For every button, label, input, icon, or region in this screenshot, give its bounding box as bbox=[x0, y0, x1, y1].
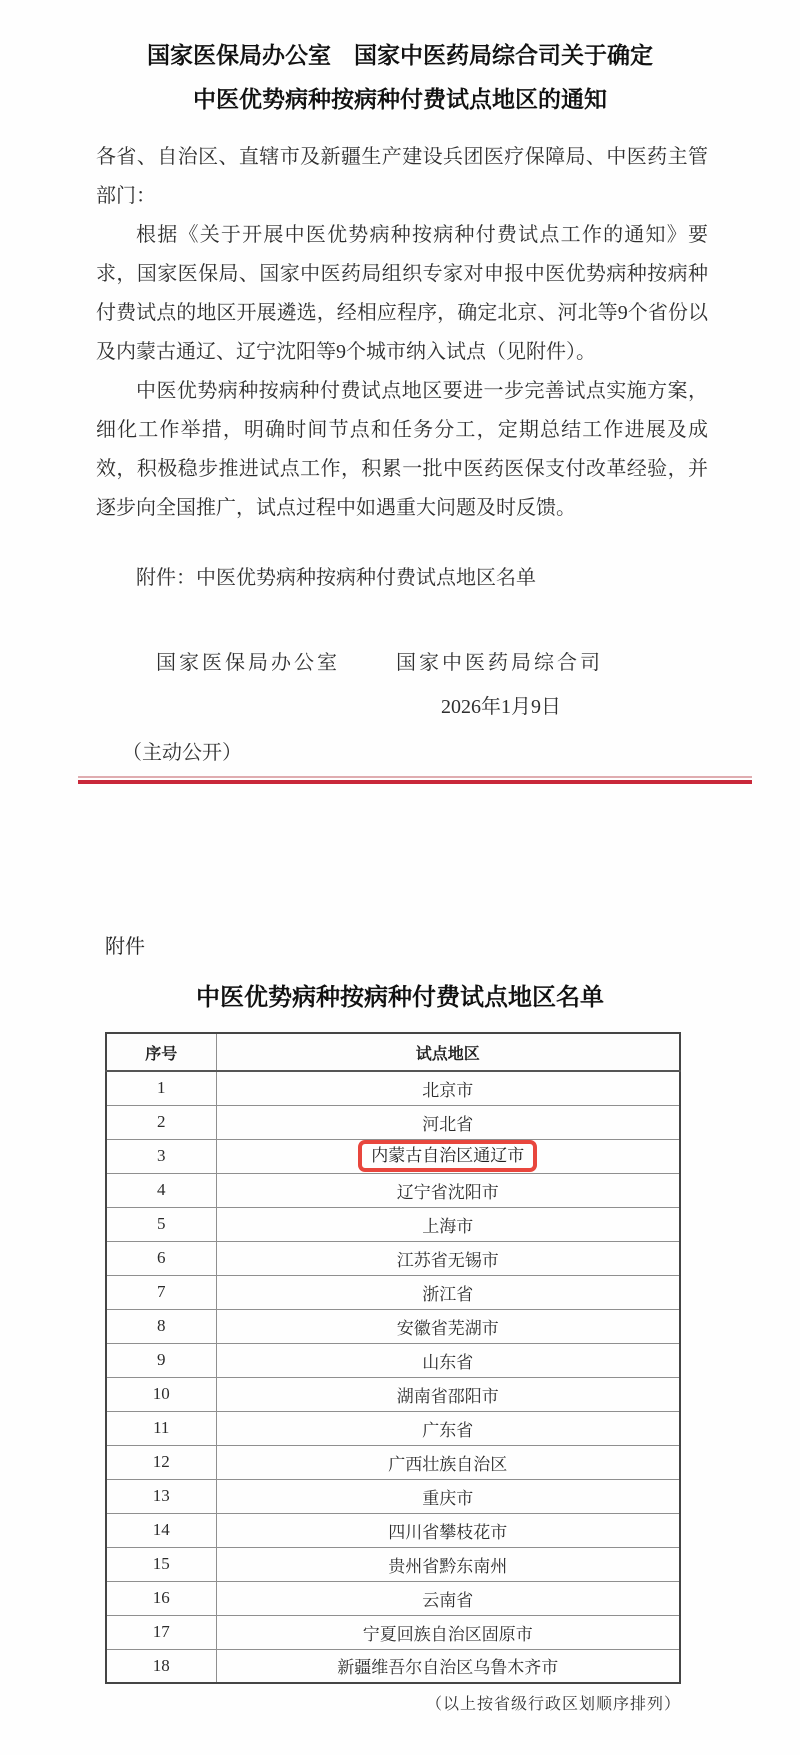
table-row: 6江苏省无锡市 bbox=[106, 1241, 680, 1275]
body-paragraph: 中医优势病种按病种付费试点地区要进一步完善试点实施方案，细化工作举措，明确时间节… bbox=[96, 372, 708, 528]
region-cell: 内蒙古自治区通辽市 bbox=[216, 1139, 680, 1173]
row-number-cell: 4 bbox=[106, 1173, 216, 1207]
region-cell: 辽宁省沈阳市 bbox=[216, 1173, 680, 1207]
region-cell: 广西壮族自治区 bbox=[216, 1445, 680, 1479]
row-number-cell: 2 bbox=[106, 1105, 216, 1139]
region-cell: 江苏省无锡市 bbox=[216, 1241, 680, 1275]
attachment-reference-line: 附件：中医优势病种按病种付费试点地区名单 bbox=[96, 559, 708, 598]
table-row: 7浙江省 bbox=[106, 1275, 680, 1309]
table-row: 2河北省 bbox=[106, 1105, 680, 1139]
signature-right: 国家中医药局综合司 bbox=[396, 646, 603, 675]
row-number-cell: 10 bbox=[106, 1377, 216, 1411]
red-separator-rule bbox=[78, 776, 752, 784]
row-number-cell: 17 bbox=[106, 1615, 216, 1649]
region-cell: 北京市 bbox=[216, 1071, 680, 1105]
region-cell: 贵州省黔东南州 bbox=[216, 1547, 680, 1581]
region-cell: 重庆市 bbox=[216, 1479, 680, 1513]
region-cell: 湖南省邵阳市 bbox=[216, 1377, 680, 1411]
row-number-cell: 18 bbox=[106, 1649, 216, 1683]
row-number-cell: 3 bbox=[106, 1139, 216, 1173]
table-row: 4辽宁省沈阳市 bbox=[106, 1173, 680, 1207]
table-row: 17宁夏回族自治区固原市 bbox=[106, 1615, 680, 1649]
row-number-cell: 8 bbox=[106, 1309, 216, 1343]
region-cell: 河北省 bbox=[216, 1105, 680, 1139]
table-row: 14四川省攀枝花市 bbox=[106, 1513, 680, 1547]
table-row: 15贵州省黔东南州 bbox=[106, 1547, 680, 1581]
row-number-cell: 12 bbox=[106, 1445, 216, 1479]
row-number-cell: 1 bbox=[106, 1071, 216, 1105]
region-cell: 宁夏回族自治区固原市 bbox=[216, 1615, 680, 1649]
red-highlight-box: 内蒙古自治区通辽市 bbox=[358, 1140, 537, 1172]
region-cell: 山东省 bbox=[216, 1343, 680, 1377]
row-number-cell: 14 bbox=[106, 1513, 216, 1547]
notice-document: 国家医保局办公室 国家中医药局综合司关于确定 中医优势病种按病种付费试点地区的通… bbox=[0, 0, 800, 1755]
document-title: 国家医保局办公室 国家中医药局综合司关于确定 中医优势病种按病种付费试点地区的通… bbox=[0, 34, 800, 122]
table-row: 9山东省 bbox=[106, 1343, 680, 1377]
table-row: 5上海市 bbox=[106, 1207, 680, 1241]
column-header-region: 试点地区 bbox=[216, 1033, 680, 1071]
table-row: 11广东省 bbox=[106, 1411, 680, 1445]
table-row: 3内蒙古自治区通辽市 bbox=[106, 1139, 680, 1173]
row-number-cell: 7 bbox=[106, 1275, 216, 1309]
region-cell: 云南省 bbox=[216, 1581, 680, 1615]
date-row: 2026年1月9日 bbox=[96, 690, 708, 730]
document-title-line1: 国家医保局办公室 国家中医药局综合司关于确定 bbox=[0, 34, 800, 78]
row-number-cell: 16 bbox=[106, 1581, 216, 1615]
pilot-regions-table: 序号 试点地区 1北京市2河北省3内蒙古自治区通辽市4辽宁省沈阳市5上海市6江苏… bbox=[105, 1032, 681, 1684]
attachment-table-title: 中医优势病种按病种付费试点地区名单 bbox=[0, 980, 800, 1016]
column-header-number: 序号 bbox=[106, 1033, 216, 1071]
signature-row: 国家医保局办公室 国家中医药局综合司 bbox=[96, 646, 708, 686]
region-cell: 安徽省芜湖市 bbox=[216, 1309, 680, 1343]
pilot-table-body: 1北京市2河北省3内蒙古自治区通辽市4辽宁省沈阳市5上海市6江苏省无锡市7浙江省… bbox=[106, 1071, 680, 1683]
table-footnote: （以上按省级行政区划顺序排列） bbox=[105, 1691, 681, 1714]
table-row: 10湖南省邵阳市 bbox=[106, 1377, 680, 1411]
region-cell: 新疆维吾尔自治区乌鲁木齐市 bbox=[216, 1649, 680, 1683]
document-body: 各省、自治区、直辖市及新疆生产建设兵团医疗保障局、中医药主管部门： 根据《关于开… bbox=[0, 138, 800, 773]
region-cell: 上海市 bbox=[216, 1207, 680, 1241]
row-number-cell: 5 bbox=[106, 1207, 216, 1241]
table-row: 18新疆维吾尔自治区乌鲁木齐市 bbox=[106, 1649, 680, 1683]
table-header-row: 序号 试点地区 bbox=[106, 1033, 680, 1071]
table-row: 1北京市 bbox=[106, 1071, 680, 1105]
row-number-cell: 13 bbox=[106, 1479, 216, 1513]
region-cell: 浙江省 bbox=[216, 1275, 680, 1309]
region-cell: 四川省攀枝花市 bbox=[216, 1513, 680, 1547]
attachment-section: 附件 中医优势病种按病种付费试点地区名单 序号 试点地区 1北京市2河北省3内蒙… bbox=[0, 930, 800, 1714]
row-number-cell: 6 bbox=[106, 1241, 216, 1275]
table-row: 12广西壮族自治区 bbox=[106, 1445, 680, 1479]
attachment-label: 附件 bbox=[105, 930, 800, 964]
table-row: 16云南省 bbox=[106, 1581, 680, 1615]
document-title-line2: 中医优势病种按病种付费试点地区的通知 bbox=[0, 78, 800, 122]
region-cell: 广东省 bbox=[216, 1411, 680, 1445]
disclosure-note: （主动公开） bbox=[122, 734, 708, 773]
row-number-cell: 11 bbox=[106, 1411, 216, 1445]
body-paragraph: 根据《关于开展中医优势病种按病种付费试点工作的通知》要求，国家医保局、国家中医药… bbox=[96, 216, 708, 372]
salutation: 各省、自治区、直辖市及新疆生产建设兵团医疗保障局、中医药主管部门： bbox=[96, 138, 708, 216]
signature-left: 国家医保局办公室 bbox=[156, 646, 340, 675]
table-row: 8安徽省芜湖市 bbox=[106, 1309, 680, 1343]
row-number-cell: 9 bbox=[106, 1343, 216, 1377]
row-number-cell: 15 bbox=[106, 1547, 216, 1581]
red-rule-thick-line bbox=[78, 780, 752, 784]
document-date: 2026年1月9日 bbox=[396, 690, 606, 719]
table-row: 13重庆市 bbox=[106, 1479, 680, 1513]
